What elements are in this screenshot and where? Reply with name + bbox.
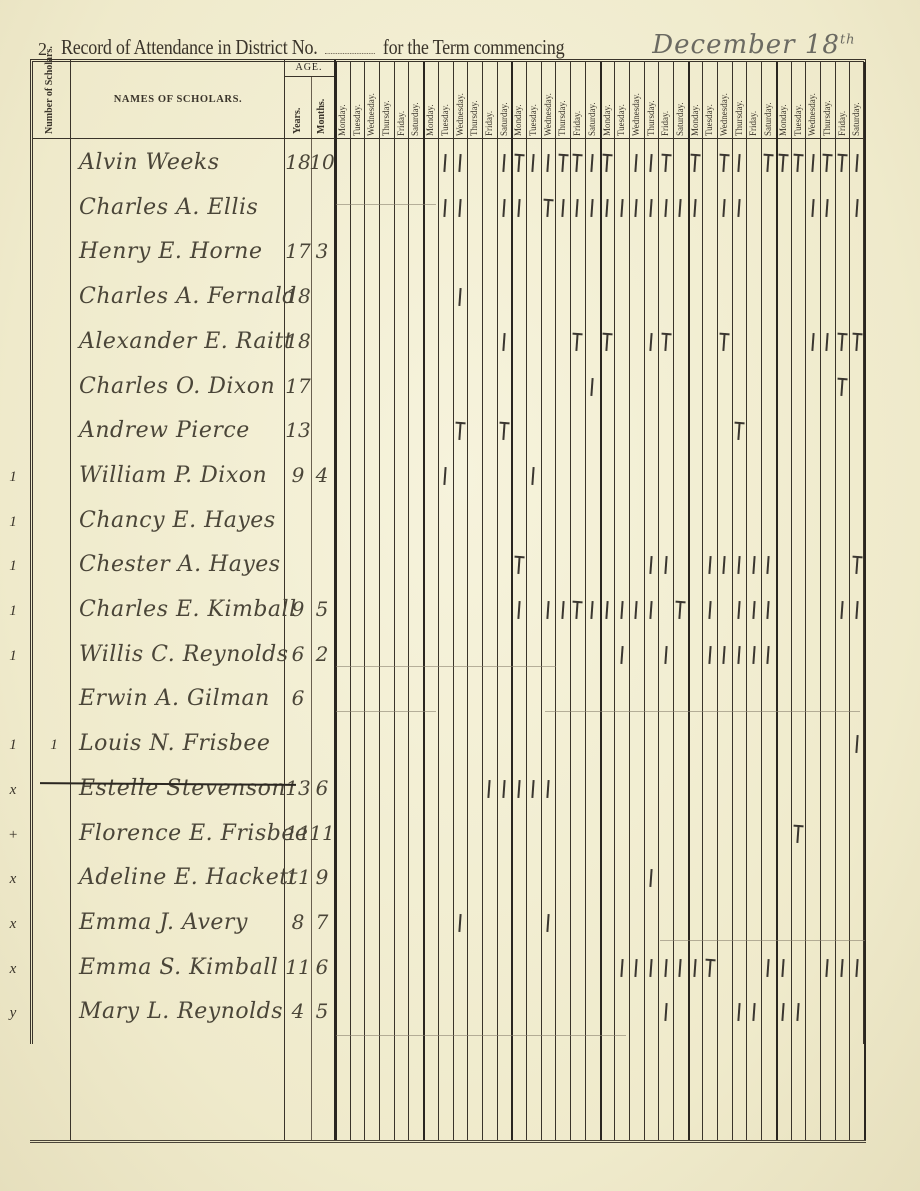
tardy-mark bbox=[502, 422, 505, 440]
absence-mark bbox=[664, 646, 667, 664]
age-years: 17 bbox=[285, 374, 311, 398]
attendance-marks bbox=[335, 510, 865, 536]
faint-rule bbox=[336, 1035, 626, 1036]
table-row: +Florence E. Frisbee1111 bbox=[33, 813, 863, 855]
tardy-mark bbox=[575, 154, 578, 172]
age-years: 6 bbox=[285, 642, 311, 666]
day-header: Wednesday. bbox=[632, 64, 641, 136]
table-row: xEmma J. Avery87 bbox=[33, 902, 863, 944]
table-row: 1Chancy E. Hayes bbox=[33, 500, 863, 542]
day-header: Saturday. bbox=[411, 64, 420, 136]
scholar-name: Charles E. Kimball bbox=[79, 597, 289, 622]
day-header: Monday. bbox=[426, 64, 435, 136]
scholar-name: Charles A. Ellis bbox=[79, 195, 289, 220]
age-years: 13 bbox=[285, 776, 311, 800]
absence-mark bbox=[664, 959, 667, 977]
tardy-mark bbox=[575, 601, 578, 619]
day-header: Friday. bbox=[838, 64, 847, 136]
age-months: 6 bbox=[309, 776, 335, 800]
absence-mark bbox=[443, 154, 446, 172]
table-row: xEstelle Stevenson136 bbox=[33, 768, 863, 810]
day-header: Wednesday. bbox=[456, 64, 465, 136]
tardy-mark bbox=[840, 377, 843, 395]
tardy-mark bbox=[517, 556, 520, 574]
absence-mark bbox=[561, 601, 564, 619]
district-number-blank bbox=[325, 50, 375, 54]
absence-mark bbox=[766, 646, 769, 664]
absence-mark bbox=[722, 199, 725, 217]
scholar-name: William P. Dixon bbox=[79, 463, 289, 488]
tardy-mark bbox=[517, 154, 520, 172]
absence-mark bbox=[517, 601, 520, 619]
age-years: 8 bbox=[285, 910, 311, 934]
tardy-mark bbox=[840, 154, 843, 172]
scholar-number-mark: 1 bbox=[5, 469, 21, 486]
day-header: Thursday. bbox=[382, 64, 391, 136]
scholar-name: Alvin Weeks bbox=[79, 150, 289, 175]
absence-mark bbox=[458, 288, 461, 306]
tardy-mark bbox=[693, 154, 696, 172]
scholar-number: 1 bbox=[47, 737, 61, 754]
tardy-mark bbox=[664, 154, 667, 172]
absence-mark bbox=[855, 601, 858, 619]
scholar-number-mark: x bbox=[5, 871, 21, 888]
header-number-of-scholars: Number of Scholars. bbox=[45, 66, 55, 134]
scholar-name: Henry E. Horne bbox=[79, 239, 289, 264]
absence-mark bbox=[649, 199, 652, 217]
attendance-marks bbox=[335, 376, 865, 402]
attendance-marks bbox=[335, 733, 865, 759]
day-header: Tuesday. bbox=[705, 64, 714, 136]
absence-mark bbox=[737, 601, 740, 619]
term-start-suffix: th bbox=[840, 32, 856, 47]
day-header: Monday. bbox=[514, 64, 523, 136]
absence-mark bbox=[855, 154, 858, 172]
age-months: 9 bbox=[309, 865, 335, 889]
absence-mark bbox=[487, 780, 490, 798]
day-header: Thursday. bbox=[647, 64, 656, 136]
table-row: Charles A. Ellis bbox=[33, 187, 863, 229]
day-header: Tuesday. bbox=[441, 64, 450, 136]
absence-mark bbox=[693, 199, 696, 217]
absence-mark bbox=[664, 199, 667, 217]
table-row: xAdeline E. Hackett119 bbox=[33, 857, 863, 899]
tardy-mark bbox=[546, 199, 549, 217]
absence-mark bbox=[634, 959, 637, 977]
absence-mark bbox=[664, 556, 667, 574]
scholar-number-mark: + bbox=[5, 827, 21, 844]
absence-mark bbox=[752, 1003, 755, 1021]
absence-mark bbox=[737, 199, 740, 217]
bottom-border bbox=[30, 1140, 866, 1144]
faint-rule bbox=[545, 711, 860, 712]
tardy-mark bbox=[722, 333, 725, 351]
age-months: 11 bbox=[309, 821, 335, 845]
absence-mark bbox=[811, 154, 814, 172]
absence-mark bbox=[678, 199, 681, 217]
absence-mark bbox=[620, 199, 623, 217]
absence-mark bbox=[561, 199, 564, 217]
attendance-marks bbox=[335, 554, 865, 580]
day-header: Saturday. bbox=[500, 64, 509, 136]
scholar-name: Charles O. Dixon bbox=[79, 374, 289, 399]
age-years: 4 bbox=[285, 999, 311, 1023]
absence-mark bbox=[825, 959, 828, 977]
attendance-marks bbox=[335, 867, 865, 893]
absence-mark bbox=[531, 780, 534, 798]
absence-mark bbox=[855, 199, 858, 217]
absence-mark bbox=[502, 333, 505, 351]
title-term: for the Term commencing bbox=[383, 35, 565, 59]
age-months: 4 bbox=[309, 463, 335, 487]
age-years: 17 bbox=[285, 239, 311, 263]
scholar-name: Erwin A. Gilman bbox=[79, 686, 289, 711]
age-years: 6 bbox=[285, 686, 311, 710]
scholar-name: Emma S. Kimball bbox=[79, 955, 289, 980]
absence-mark bbox=[458, 154, 461, 172]
scholar-name: Alexander E. Raitt bbox=[79, 329, 289, 354]
tardy-mark bbox=[781, 154, 784, 172]
absence-mark bbox=[546, 780, 549, 798]
age-years: 18 bbox=[285, 150, 311, 174]
absence-mark bbox=[620, 959, 623, 977]
table-row: 1William P. Dixon94 bbox=[33, 455, 863, 497]
age-months: 7 bbox=[309, 910, 335, 934]
absence-mark bbox=[458, 914, 461, 932]
absence-mark bbox=[649, 959, 652, 977]
absence-mark bbox=[546, 914, 549, 932]
absence-mark bbox=[855, 959, 858, 977]
day-header: Saturday. bbox=[764, 64, 773, 136]
absence-mark bbox=[708, 646, 711, 664]
faint-rule bbox=[660, 940, 865, 941]
absence-mark bbox=[517, 780, 520, 798]
tardy-mark bbox=[678, 601, 681, 619]
absence-mark bbox=[722, 646, 725, 664]
absence-mark bbox=[693, 959, 696, 977]
absence-mark bbox=[752, 556, 755, 574]
header-age: AGE. bbox=[284, 62, 334, 73]
header-months: Months. bbox=[317, 82, 327, 134]
age-years: 11 bbox=[285, 955, 311, 979]
scholar-name: Louis N. Frisbee bbox=[79, 731, 289, 756]
absence-mark bbox=[634, 199, 637, 217]
absence-mark bbox=[531, 467, 534, 485]
scholar-name: Florence E. Frisbee bbox=[79, 821, 289, 846]
attendance-marks bbox=[335, 823, 865, 849]
absence-mark bbox=[502, 154, 505, 172]
absence-mark bbox=[737, 1003, 740, 1021]
day-header: Thursday. bbox=[735, 64, 744, 136]
day-header: Friday. bbox=[573, 64, 582, 136]
age-years: 11 bbox=[285, 821, 311, 845]
age-months: 5 bbox=[309, 597, 335, 621]
absence-mark bbox=[766, 556, 769, 574]
absence-mark bbox=[458, 199, 461, 217]
day-header: Thursday. bbox=[823, 64, 832, 136]
age-months: 2 bbox=[309, 642, 335, 666]
absence-mark bbox=[634, 154, 637, 172]
age-years: 18 bbox=[285, 329, 311, 353]
day-header: Tuesday. bbox=[617, 64, 626, 136]
tardy-mark bbox=[840, 333, 843, 351]
term-start-date: December 18th bbox=[652, 30, 855, 60]
absence-mark bbox=[649, 869, 652, 887]
table-row: xEmma S. Kimball116 bbox=[33, 947, 863, 989]
absence-mark bbox=[664, 1003, 667, 1021]
day-header: Thursday. bbox=[470, 64, 479, 136]
scholar-name: Chancy E. Hayes bbox=[79, 508, 289, 533]
absence-mark bbox=[708, 556, 711, 574]
day-header: Monday. bbox=[779, 64, 788, 136]
absence-mark bbox=[811, 333, 814, 351]
day-header: Wednesday. bbox=[544, 64, 553, 136]
day-header: Tuesday. bbox=[529, 64, 538, 136]
header-years: Years. bbox=[293, 82, 303, 134]
faint-rule bbox=[336, 204, 436, 205]
age-months: 5 bbox=[309, 999, 335, 1023]
scholar-number-mark: 1 bbox=[5, 558, 21, 575]
page-title: Record of Attendance in District No. for… bbox=[61, 35, 564, 60]
scholar-number-mark: 1 bbox=[5, 514, 21, 531]
day-header: Tuesday. bbox=[794, 64, 803, 136]
table-row: Erwin A. Gilman6 bbox=[33, 678, 863, 720]
day-header: Friday. bbox=[661, 64, 670, 136]
age-months: 10 bbox=[309, 150, 335, 174]
table-row: Alvin Weeks1810 bbox=[33, 142, 863, 184]
absence-mark bbox=[840, 959, 843, 977]
absence-mark bbox=[546, 154, 549, 172]
scholar-name: Estelle Stevenson bbox=[79, 776, 289, 801]
scholar-number-mark: 1 bbox=[5, 603, 21, 620]
absence-mark bbox=[811, 199, 814, 217]
absence-mark bbox=[517, 199, 520, 217]
table-row: 1Willis C. Reynolds62 bbox=[33, 634, 863, 676]
tardy-mark bbox=[605, 154, 608, 172]
scholar-name: Chester A. Hayes bbox=[79, 552, 289, 577]
term-start-text: December 18 bbox=[652, 30, 840, 60]
absence-mark bbox=[678, 959, 681, 977]
absence-mark bbox=[708, 601, 711, 619]
absence-mark bbox=[620, 646, 623, 664]
table-row: 1Charles E. Kimball95 bbox=[33, 589, 863, 631]
tardy-mark bbox=[855, 333, 858, 351]
age-months: 6 bbox=[309, 955, 335, 979]
absence-mark bbox=[590, 199, 593, 217]
absence-mark bbox=[649, 333, 652, 351]
scholar-number-mark: x bbox=[5, 916, 21, 933]
faint-rule bbox=[336, 666, 556, 667]
attendance-marks bbox=[335, 331, 865, 357]
absence-mark bbox=[781, 959, 784, 977]
attendance-marks bbox=[335, 957, 865, 983]
scholar-number-mark: 1 bbox=[5, 737, 21, 754]
absence-mark bbox=[649, 601, 652, 619]
attendance-marks bbox=[335, 1001, 865, 1027]
table-row: 1Chester A. Hayes bbox=[33, 544, 863, 586]
age-years: 13 bbox=[285, 418, 311, 442]
absence-mark bbox=[752, 646, 755, 664]
table-row: Andrew Pierce13 bbox=[33, 410, 863, 452]
day-header: Friday. bbox=[749, 64, 758, 136]
absence-mark bbox=[796, 1003, 799, 1021]
day-header: Wednesday. bbox=[720, 64, 729, 136]
absence-mark bbox=[722, 556, 725, 574]
attendance-marks bbox=[335, 241, 865, 267]
age-years: 9 bbox=[285, 597, 311, 621]
scholar-name: Mary L. Reynolds bbox=[79, 999, 289, 1024]
scholar-number-mark: x bbox=[5, 782, 21, 799]
day-header: Tuesday. bbox=[353, 64, 362, 136]
scholar-name: Andrew Pierce bbox=[79, 418, 289, 443]
absence-mark bbox=[840, 601, 843, 619]
age-years: 11 bbox=[285, 865, 311, 889]
absence-mark bbox=[590, 154, 593, 172]
attendance-marks bbox=[335, 420, 865, 446]
absence-mark bbox=[634, 601, 637, 619]
absence-mark bbox=[605, 601, 608, 619]
scholar-number-mark: x bbox=[5, 961, 21, 978]
day-header: Saturday. bbox=[852, 64, 861, 136]
day-header: Friday. bbox=[397, 64, 406, 136]
absence-mark bbox=[766, 601, 769, 619]
title-district: Record of Attendance in District No. bbox=[61, 35, 318, 59]
absence-mark bbox=[502, 199, 505, 217]
absence-mark bbox=[737, 154, 740, 172]
tardy-mark bbox=[855, 556, 858, 574]
absence-mark bbox=[737, 556, 740, 574]
table-row: yMary L. Reynolds45 bbox=[33, 991, 863, 1033]
table-row: Henry E. Horne173 bbox=[33, 231, 863, 273]
day-header: Friday. bbox=[485, 64, 494, 136]
absence-mark bbox=[590, 601, 593, 619]
table-row: 11Louis N. Frisbee bbox=[33, 723, 863, 765]
absence-mark bbox=[781, 1003, 784, 1021]
absence-mark bbox=[649, 556, 652, 574]
table-row: Charles O. Dixon17 bbox=[33, 366, 863, 408]
absence-mark bbox=[605, 199, 608, 217]
day-header: Wednesday. bbox=[808, 64, 817, 136]
absence-mark bbox=[590, 377, 593, 395]
tardy-mark bbox=[458, 422, 461, 440]
attendance-marks bbox=[335, 286, 865, 312]
table-row: Charles A. Fernald18 bbox=[33, 276, 863, 318]
attendance-marks bbox=[335, 465, 865, 491]
table-row: Alexander E. Raitt18 bbox=[33, 321, 863, 363]
page-header: 2 Record of Attendance in District No. f… bbox=[38, 26, 918, 60]
header-names-of-scholars: NAMES OF SCHOLARS. bbox=[72, 94, 284, 105]
absence-mark bbox=[575, 199, 578, 217]
age-months: 3 bbox=[309, 239, 335, 263]
absence-mark bbox=[766, 959, 769, 977]
absence-mark bbox=[825, 333, 828, 351]
scholar-name: Adeline E. Hackett bbox=[79, 865, 289, 890]
header-rule bbox=[33, 138, 863, 139]
attendance-marks bbox=[335, 778, 865, 804]
day-header: Saturday. bbox=[676, 64, 685, 136]
absence-mark bbox=[737, 646, 740, 664]
tardy-mark bbox=[605, 333, 608, 351]
day-header: Monday. bbox=[338, 64, 347, 136]
absence-mark bbox=[546, 601, 549, 619]
scholar-number-mark: 1 bbox=[5, 648, 21, 665]
attendance-marks bbox=[335, 152, 865, 178]
attendance-marks bbox=[335, 599, 865, 625]
absence-mark bbox=[620, 601, 623, 619]
tardy-mark bbox=[825, 154, 828, 172]
attendance-marks bbox=[335, 912, 865, 938]
scholar-number-mark: y bbox=[5, 1005, 21, 1022]
tardy-mark bbox=[664, 333, 667, 351]
faint-rule bbox=[336, 711, 436, 712]
absence-mark bbox=[649, 154, 652, 172]
tardy-mark bbox=[796, 824, 799, 842]
absence-mark bbox=[443, 199, 446, 217]
age-years: 9 bbox=[285, 463, 311, 487]
tardy-mark bbox=[796, 154, 799, 172]
scholar-name: Willis C. Reynolds bbox=[79, 642, 289, 667]
absence-mark bbox=[855, 735, 858, 753]
absence-mark bbox=[825, 199, 828, 217]
attendance-marks bbox=[335, 197, 865, 223]
absence-mark bbox=[752, 601, 755, 619]
tardy-mark bbox=[766, 154, 769, 172]
scholar-name: Emma J. Avery bbox=[79, 910, 289, 935]
age-rule bbox=[284, 76, 334, 77]
day-header: Thursday. bbox=[558, 64, 567, 136]
absence-mark bbox=[502, 780, 505, 798]
absence-mark bbox=[443, 467, 446, 485]
tardy-mark bbox=[575, 333, 578, 351]
day-header: Monday. bbox=[603, 64, 612, 136]
day-header: Wednesday. bbox=[367, 64, 376, 136]
day-header: Monday. bbox=[691, 64, 700, 136]
age-years: 18 bbox=[285, 284, 311, 308]
day-header: Saturday. bbox=[588, 64, 597, 136]
tardy-mark bbox=[561, 154, 564, 172]
tardy-mark bbox=[737, 422, 740, 440]
scholar-name: Charles A. Fernald bbox=[79, 284, 289, 309]
tardy-mark bbox=[722, 154, 725, 172]
tardy-mark bbox=[708, 959, 711, 977]
absence-mark bbox=[531, 154, 534, 172]
